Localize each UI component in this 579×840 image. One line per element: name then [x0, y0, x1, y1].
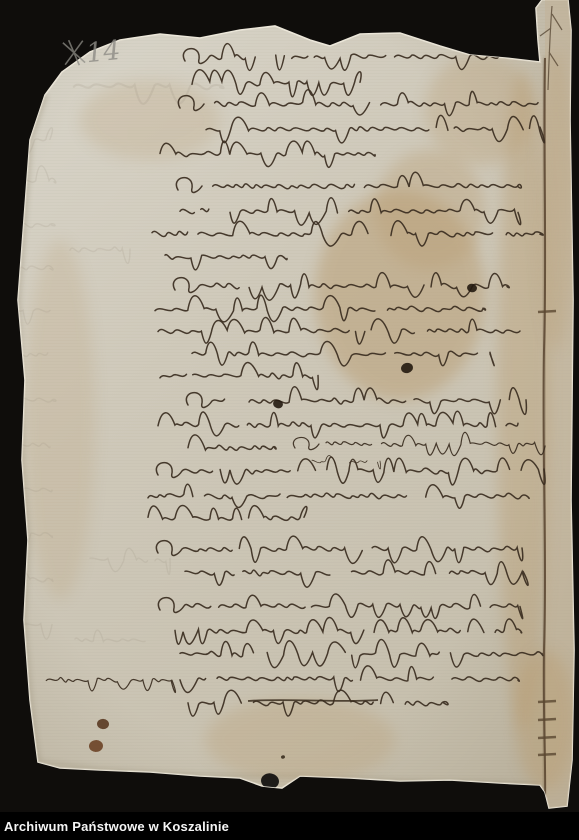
stitch-mark: [538, 719, 556, 720]
stitch-mark: [538, 701, 556, 702]
watermark-bar: Archiwum Państwowe w Koszalinie: [0, 812, 579, 840]
archival-scan: 14 Archiwum Państwowe w Koszalinie: [0, 0, 579, 840]
stain: [205, 698, 395, 782]
stain: [375, 150, 485, 270]
stitch-mark: [538, 737, 556, 738]
watermark-text: Archiwum Państwowe w Koszalinie: [0, 819, 229, 834]
stitch-mark: [538, 754, 556, 755]
stain: [25, 240, 95, 600]
strikethrough-stroke: [248, 700, 378, 701]
stitch-mark: [538, 311, 556, 312]
stain: [425, 55, 535, 165]
manuscript-page-scan: 14: [0, 0, 579, 840]
stain: [80, 80, 220, 160]
folio-number: 14: [85, 35, 122, 69]
